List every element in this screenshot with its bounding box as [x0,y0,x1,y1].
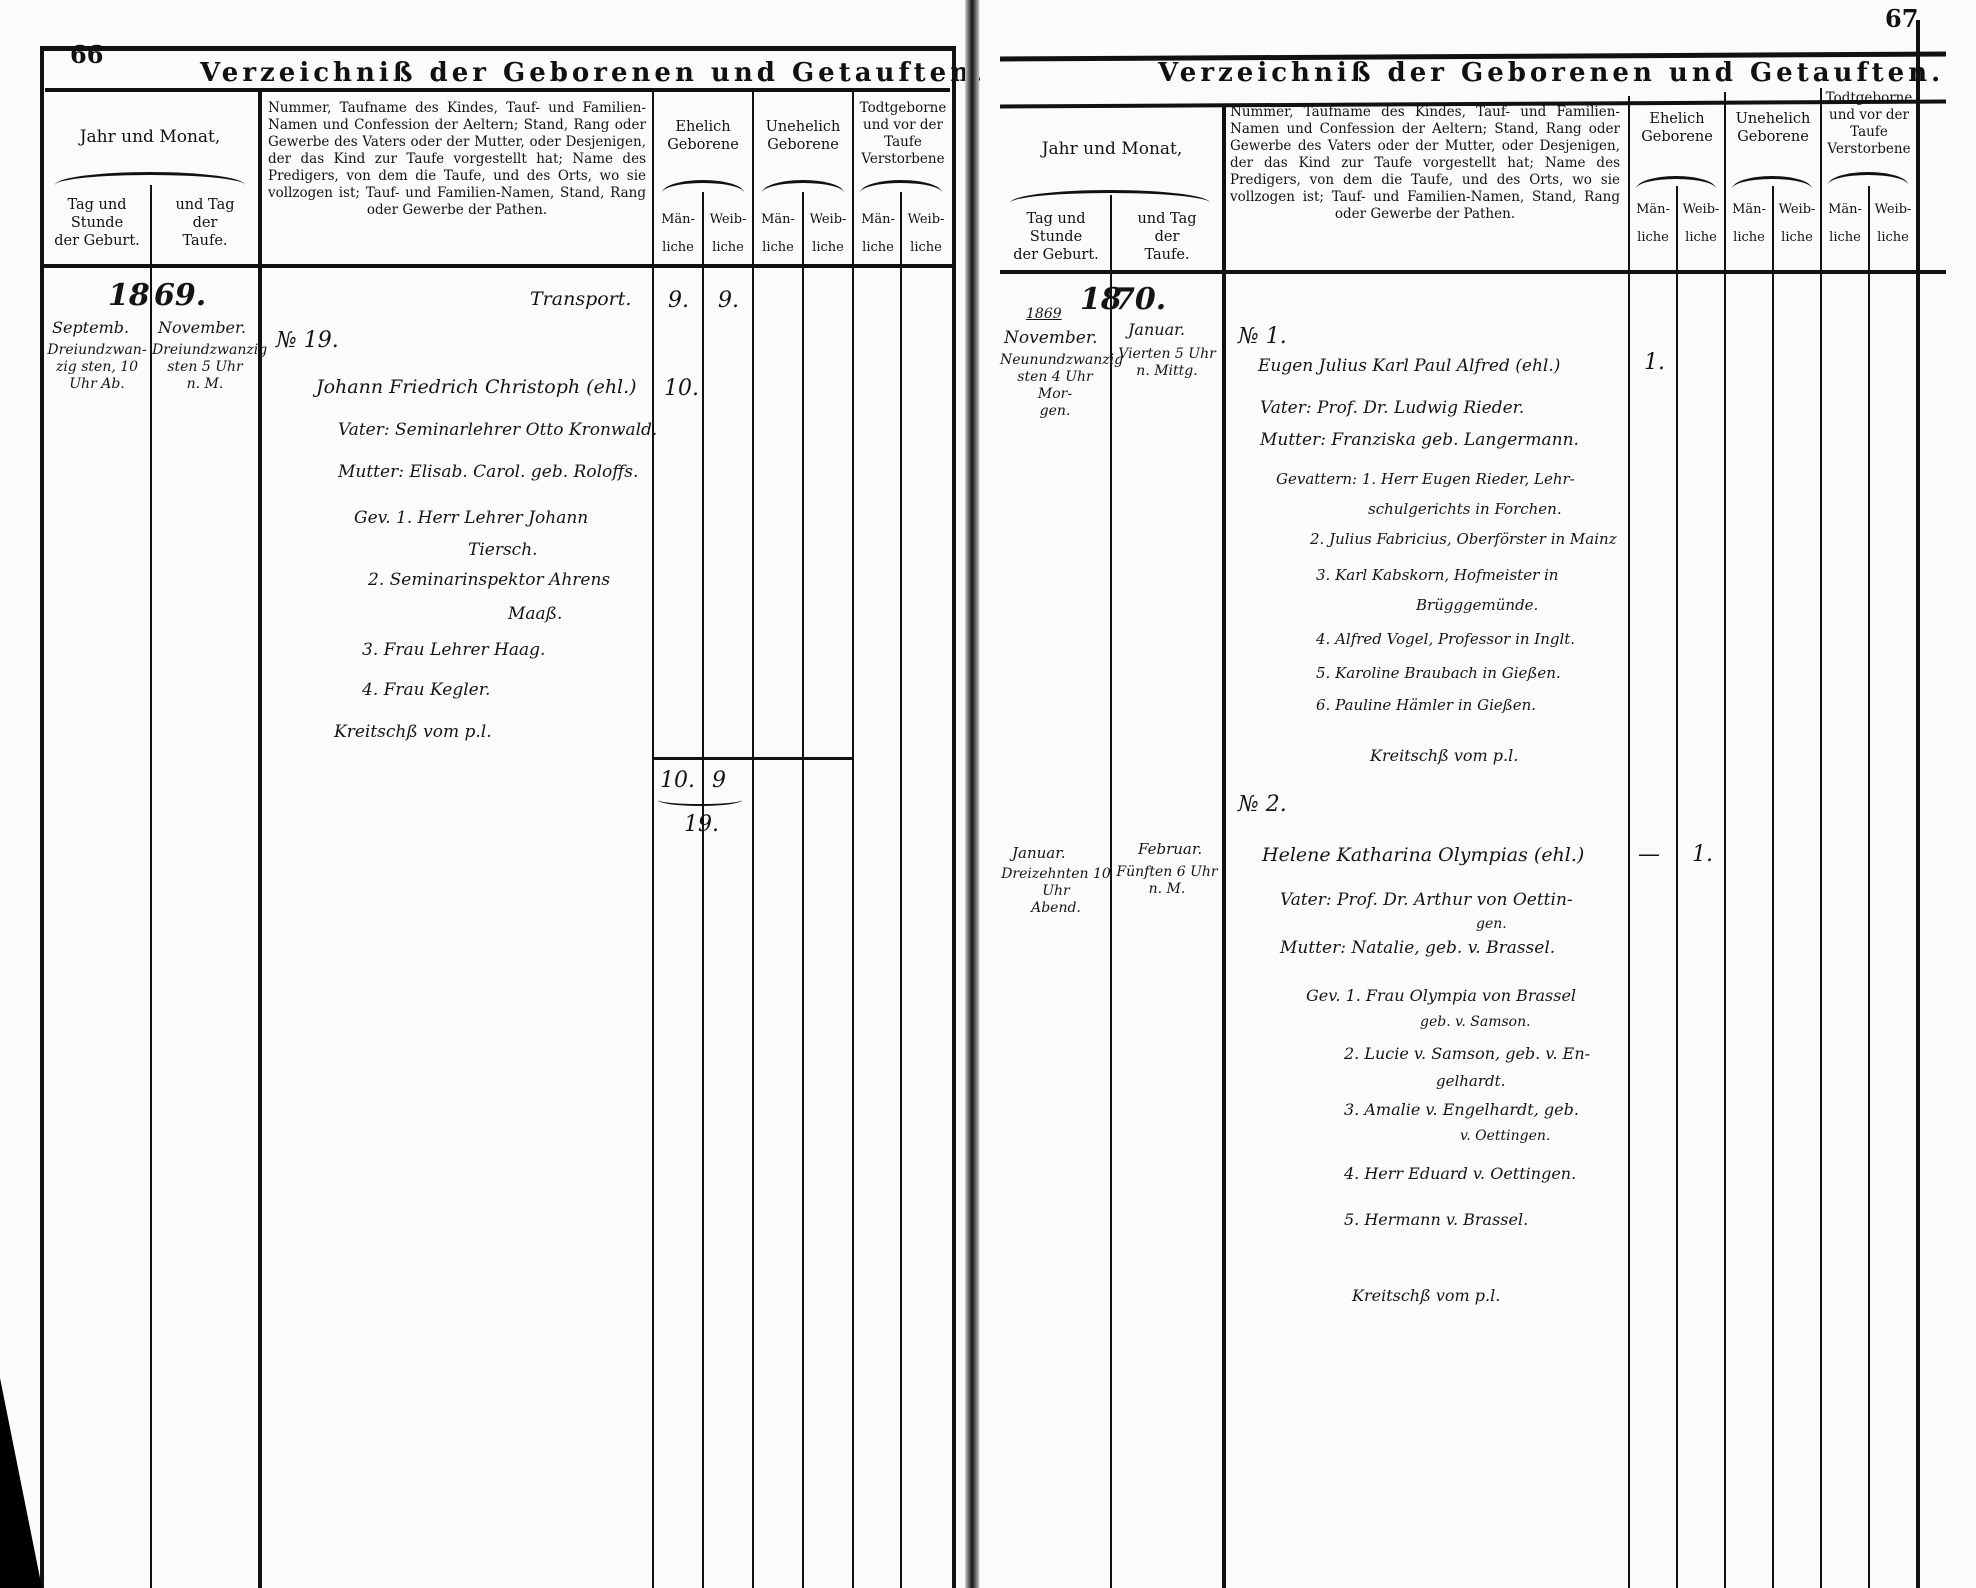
child-name: Helene Katharina Olympias (ehl.) [1262,844,1584,866]
header-baptism: und Tag der Taufe. [1112,210,1222,264]
page-title: Verzeichniß der Geborenen und Getauften. [200,58,986,88]
baptism-month: November. [158,318,246,337]
godparent-line: 2. Lucie v. Samson, geb. v. En- [1344,1044,1590,1063]
father: Vater: Prof. Dr. Arthur von Oettin- [1280,890,1573,910]
father-continued: gen. [1476,916,1507,932]
header-unehelich: Unehelich Geborene [1726,110,1820,146]
header-birth: Tag und Stunde der Geburt. [1002,210,1110,264]
sum-total: 19. [684,812,719,837]
header-bottom-rule [42,264,952,268]
birth-day-hour: Neunundzwanzig sten 4 Uhr Mor- gen. [1000,352,1110,420]
signature: Kreitschß vom p.l. [1370,746,1518,765]
godparent-line: 2. Julius Fabricius, Oberförster in Main… [1310,530,1617,548]
father: Vater: Prof. Dr. Ludwig Rieder. [1260,398,1524,418]
mother: Mutter: Elisab. Carol. geb. Roloffs. [338,462,638,482]
page-number: 67 [1885,4,1918,33]
header-maennliche: Män- liche [1630,196,1676,252]
header-maennliche: Män- liche [754,206,802,262]
godparent-line: geb. v. Samson. [1420,1014,1531,1030]
col-line-todt-w [900,192,902,1588]
transport-count-m: 9. [668,288,689,313]
header-weibliche: Weib- liche [1870,196,1916,252]
sum-brace [658,794,742,806]
header-maennliche: Män- liche [1822,196,1868,252]
sum-rule [652,757,852,760]
record-number: № 1. [1238,324,1287,349]
count-w: 1. [1692,842,1713,867]
godparent-line: schulgerichts in Forchen. [1368,500,1562,518]
record-number: № 2. [1238,792,1287,817]
baptism-day: Vierten 5 Uhr n. Mittg. [1112,346,1222,380]
title-rule [45,88,950,92]
col-line-birth [150,185,152,1588]
birth-year-note: 1869 [1026,306,1062,322]
header-todtgeborne: Todtgeborne und vor der Taufe Verstorben… [854,100,952,168]
col-line-baptism [258,92,262,1588]
header-todtgeborne: Todtgeborne und vor der Taufe Verstorben… [1822,90,1916,158]
header-description: Nummer, Taufname des Kindes, Tauf- und F… [1230,104,1620,223]
godparent-line: 4. Alfred Vogel, Professor in Inglt. [1316,630,1575,648]
mother: Mutter: Natalie, geb. v. Brassel. [1280,938,1555,958]
col-line-desc [1628,96,1630,1588]
col-line-unehe [1724,92,1726,1588]
godparent-line: 2. Seminarinspektor Ahrens [368,570,610,590]
baptism-month: Januar. [1128,320,1185,339]
left-border [40,46,44,1588]
header-description: Nummer, Taufname des Kindes, Tauf- und F… [268,100,646,219]
transport-count-w: 9. [718,288,739,313]
godparent-line: Maaß. [508,604,562,624]
right-border [1916,20,1920,1588]
year-suffix: 70. [1114,282,1166,317]
godparent-line: 3. Frau Lehrer Haag. [362,640,545,660]
birth-day-hour: Dreiundzwan- zig sten, 10 Uhr Ab. [44,342,150,393]
year-prefix: 18 [108,278,150,313]
header-maennliche: Män- liche [654,206,702,262]
count-m: 1. [1644,350,1665,375]
godparent-line: Gev. 1. Herr Lehrer Johann [354,508,588,528]
header-swash [1828,172,1908,185]
godparent-line: gelhardt. [1436,1072,1505,1090]
header-swash [55,172,245,185]
top-rule [42,46,952,51]
header-weibliche: Weib- liche [1774,196,1820,252]
header-weibliche: Weib- liche [704,206,752,262]
header-year-month: Jahr und Monat, [1002,140,1222,158]
header-maennliche: Män- liche [1726,196,1772,252]
scan-edge [0,1378,42,1588]
godparent-line: Gev. 1. Frau Olympia von Brassel [1306,986,1576,1005]
col-line-unehe-w [802,192,804,1588]
godparent-line: 5. Hermann v. Brassel. [1344,1210,1528,1229]
header-maennliche: Män- liche [854,206,902,262]
baptism-day: Dreiundzwanzig sten 5 Uhr n. M. [152,342,258,393]
header-swash [1732,176,1812,189]
signature: Kreitschß vom p.l. [1352,1286,1500,1305]
birth-month: Septemb. [52,318,129,337]
header-bottom-rule [1000,270,1946,274]
header-swash [762,180,844,193]
sum-count-w: 9 [712,768,726,793]
child-name: Eugen Julius Karl Paul Alfred (ehl.) [1258,356,1560,376]
birth-day-hour: Dreizehnten 10 Uhr Abend. [1000,866,1112,917]
godparent-line: Brügggemünde. [1416,596,1538,614]
header-weibliche: Weib- liche [804,206,852,262]
godparent-line: 5. Karoline Braubach in Gießen. [1316,664,1561,682]
record-number: № 19. [276,328,339,353]
page-number: 66 [70,40,103,69]
year-suffix: 69. [154,278,206,313]
header-swash [1010,190,1210,203]
col-line-unehe-w [1772,186,1774,1588]
book-gutter [965,0,979,1588]
transport-label: Transport. [530,288,631,310]
header-weibliche: Weib- liche [1678,196,1724,252]
godparent-line: 6. Pauline Hämler in Gießen. [1316,696,1536,714]
header-baptism: und Tag der Taufe. [152,196,258,250]
child-name: Johann Friedrich Christoph (ehl.) [316,376,637,398]
col-line-baptism [1222,104,1226,1588]
col-line-ehe-w [1676,186,1678,1588]
right-page: 67 Verzeichniß der Geborenen und Getauft… [980,0,1976,1588]
right-border [952,46,956,1588]
col-line-todt [1820,88,1822,1588]
birth-month: Januar. [1012,844,1066,862]
baptism-day: Fünften 6 Uhr n. M. [1112,864,1222,898]
sum-count-m: 10. [660,768,695,793]
header-ehelich: Ehelich Geborene [654,118,752,154]
birth-month: November. [1004,328,1098,348]
godparent-line: Gevattern: 1. Herr Eugen Rieder, Lehr- [1276,470,1575,488]
header-swash [860,180,942,193]
left-page: 66 Verzeichniß der Geborenen und Getauft… [0,0,968,1588]
col-line-ehe-w [702,192,704,1588]
header-weibliche: Weib- liche [902,206,950,262]
col-line-unehe [752,92,754,1588]
godparent-line: v. Oettingen. [1460,1128,1550,1144]
header-unehelich: Unehelich Geborene [754,118,852,154]
godparent-line: Tiersch. [468,540,538,560]
godparent-line: 3. Amalie v. Engelhardt, geb. [1344,1100,1579,1119]
header-swash [662,180,744,193]
header-birth: Tag und Stunde der Geburt. [44,196,150,250]
col-line-desc [652,92,654,1588]
signature: Kreitschß vom p.l. [334,722,492,742]
page-title: Verzeichniß der Geborenen und Getauften. [1158,58,1944,88]
header-year-month: Jahr und Monat, [44,128,256,146]
godparent-line: 4. Frau Kegler. [362,680,490,700]
col-line-todt-w [1868,186,1870,1588]
mother: Mutter: Franziska geb. Langermann. [1260,430,1579,450]
header-swash [1636,176,1716,189]
count-m: — [1638,842,1660,867]
baptism-month: Februar. [1138,840,1202,858]
header-ehelich: Ehelich Geborene [1630,110,1724,146]
godparent-line: 4. Herr Eduard v. Oettingen. [1344,1164,1576,1183]
col-line-todt [852,92,854,1588]
godparent-line: 3. Karl Kabskorn, Hofmeister in [1316,566,1558,584]
father: Vater: Seminarlehrer Otto Kronwald. [338,420,657,440]
count-m: 10. [664,376,699,401]
